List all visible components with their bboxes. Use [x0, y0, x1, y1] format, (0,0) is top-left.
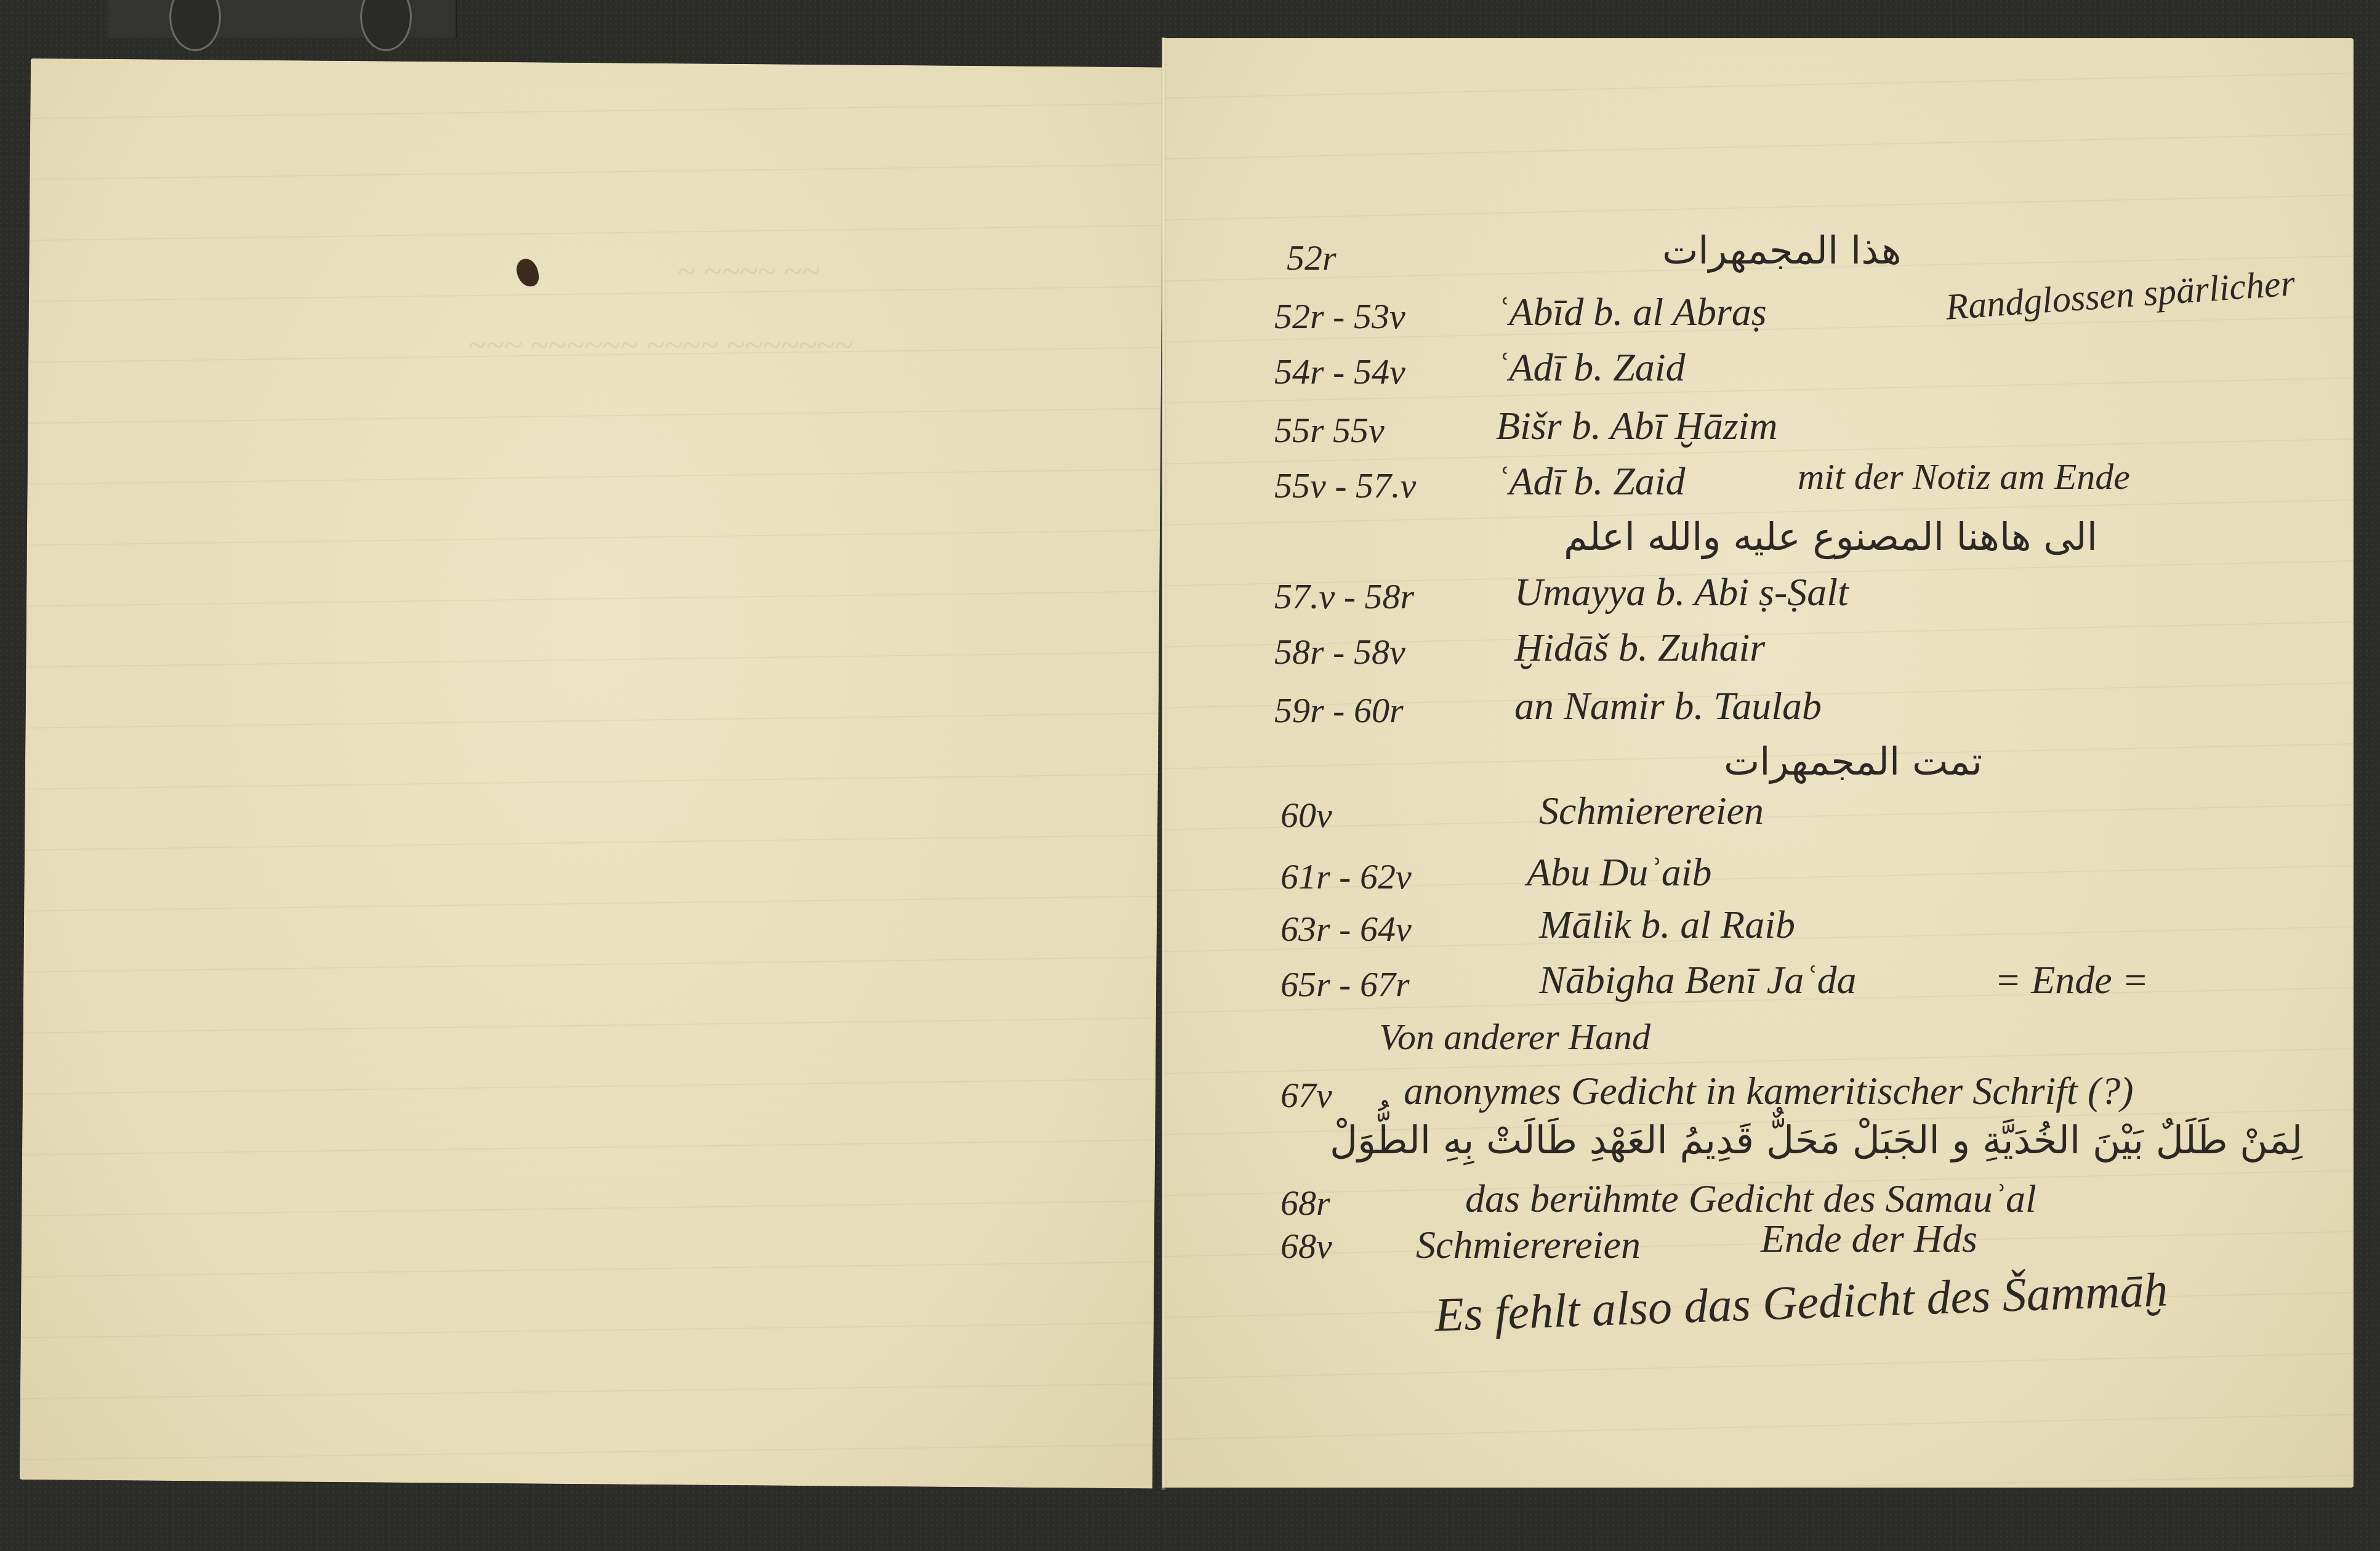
heading-arabic: هذا المجمهرات — [1662, 228, 1901, 273]
entry-text: Abu Duʾaib — [1527, 850, 1711, 895]
entry-text: das berühmte Gedicht des Samauʾal — [1465, 1176, 2036, 1222]
entry-folio: 55r 55v — [1274, 409, 1385, 451]
arabic-heading: تمت المجمهرات — [1724, 739, 1982, 784]
entry-text: Nābigha Benī Jaʿda — [1539, 957, 1856, 1003]
entry-folio: 54r - 54v — [1274, 351, 1405, 392]
entry-folio: 58r - 58v — [1274, 631, 1405, 672]
entry-text: Ḫidāš b. Zuhair — [1514, 625, 1765, 671]
clip-hole-icon — [169, 0, 221, 51]
entry-folio: 68v — [1280, 1225, 1332, 1267]
arabic-note: الى هاهنا المصنوع عليه والله اعلم — [1564, 514, 2097, 559]
end-marker: = Ende = — [1995, 957, 2149, 1003]
entry-folio: 57.v - 58r — [1274, 576, 1414, 617]
entry-folio: 52r - 53v — [1274, 296, 1405, 337]
other-hand-label: Von anderer Hand — [1379, 1016, 1650, 1058]
end-of-manuscript-note: Ende der Hds — [1761, 1216, 1977, 1262]
entry-text: Mālik b. al Raib — [1539, 902, 1795, 948]
entry-text: anonymes Gedicht in kameritischer Schrif… — [1404, 1068, 2134, 1114]
arabic-verse: لِمَنْ طَلَلٌ بَيْنَ الخُدَيَّةِ و الجَب… — [1330, 1118, 2302, 1162]
left-page — [20, 58, 1164, 1488]
entry-folio: 63r - 64v — [1280, 908, 1412, 949]
page-gutter — [1161, 37, 1166, 1490]
entry-folio: 55v - 57.v — [1274, 465, 1416, 506]
binder-clip — [108, 0, 457, 38]
entry-text: Umayya b. Abi ṣ-Ṣalt — [1514, 570, 1849, 615]
entry-text: ʿAbīd b. al Abraṣ — [1496, 289, 1767, 335]
show-through-text: ~~~ ~~~~~~ ~~~~ ~~~~~~~ — [468, 326, 853, 365]
entry-text: Schmierereien — [1416, 1222, 1641, 1268]
entry-folio: 67v — [1280, 1074, 1332, 1116]
heading-folio: 52r — [1287, 237, 1337, 278]
show-through-text: ~ ~~~~ ~~ — [677, 252, 820, 291]
entry-text: ʿAdī b. Zaid — [1496, 459, 1686, 504]
entry-note: mit der Notiz am Ende — [1798, 456, 2130, 498]
clip-hole-icon — [360, 0, 412, 51]
entry-text: ʿAdī b. Zaid — [1496, 345, 1686, 390]
entry-folio: 61r - 62v — [1280, 856, 1412, 897]
entry-folio: 59r - 60r — [1274, 690, 1403, 731]
entry-text: an Namir b. Taulab — [1514, 683, 1822, 729]
entry-text: Schmierereien — [1539, 788, 1764, 834]
entry-folio: 65r - 67r — [1280, 964, 1409, 1005]
entry-folio: 60v — [1280, 794, 1332, 836]
entry-folio: 68r — [1280, 1182, 1330, 1223]
entry-text: Bišr b. Abī Ḫāzim — [1496, 403, 1778, 449]
